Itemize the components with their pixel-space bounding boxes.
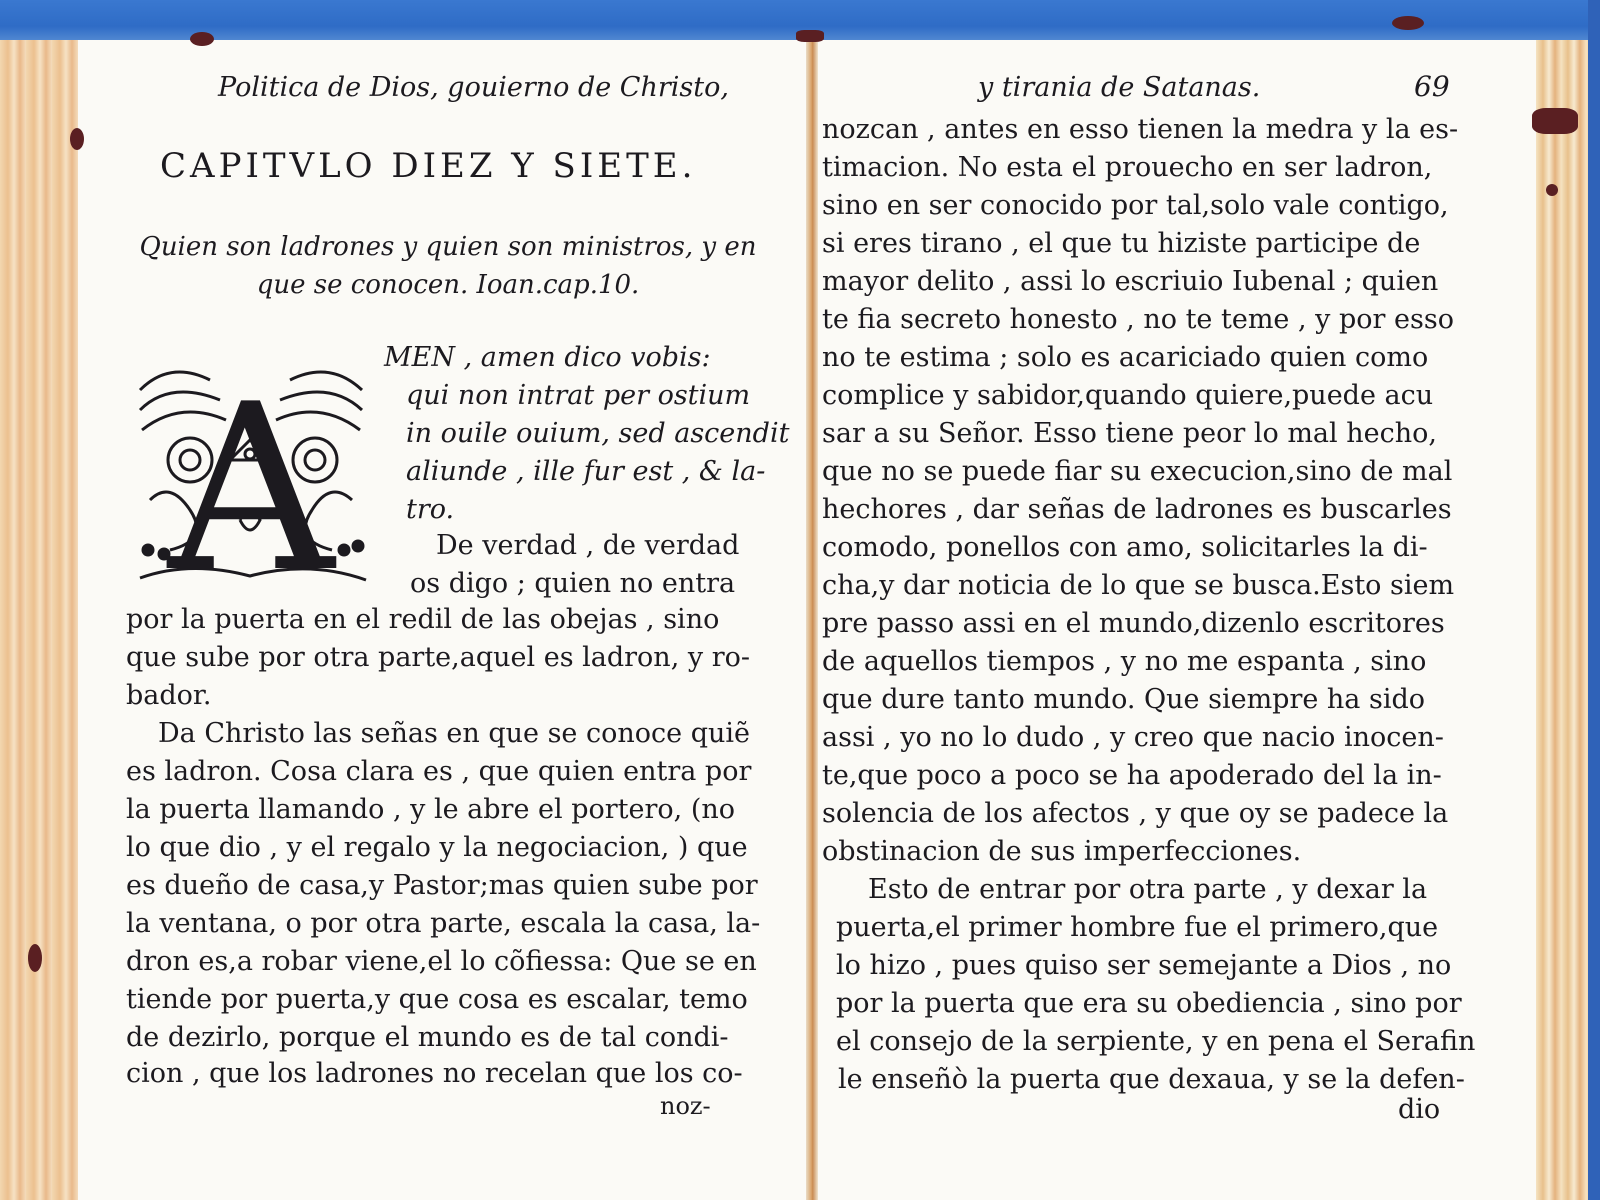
body-line: que dure tanto mundo. Que siempre ha sid… [822, 682, 1425, 718]
body-line: obstinacion de sus imperfecciones. [822, 834, 1301, 870]
body-line: de dezirlo, porque el mundo es de tal co… [126, 1020, 729, 1056]
body-line: si eres tirano , el que tu hiziste parti… [822, 226, 1420, 262]
left-running-head: Politica de Dios, gouierno de Christo, [218, 72, 729, 103]
ornament-icon: A [130, 350, 372, 590]
left-catchword: noz- [660, 1092, 711, 1120]
left-page-edge [0, 40, 78, 1200]
body-line: comodo, ponellos con amo, solicitarles l… [822, 530, 1428, 566]
body-line: que no se puede fiar su execucion,sino d… [822, 454, 1452, 490]
body-line: que sube por otra parte,aquel es ladron,… [126, 640, 750, 676]
body-line: os digo ; quien no entra [410, 566, 735, 602]
page-number: 69 [1414, 70, 1450, 103]
body-line: de aquellos tiempos , y no me espanta , … [822, 644, 1426, 680]
body-line: timacion. No esta el prouecho en ser lad… [822, 150, 1432, 186]
right-catchword: dio [1398, 1094, 1440, 1125]
right-backdrop-strip [1588, 0, 1600, 1200]
ink-stain [190, 32, 214, 46]
latin-line: tro. [406, 492, 454, 528]
body-line: dron es,a robar viene,el lo cõfiessa: Qu… [126, 944, 757, 980]
ink-stain [70, 128, 84, 150]
book-gutter [806, 40, 818, 1200]
ink-stain [1532, 108, 1578, 134]
svg-text:A: A [166, 356, 337, 590]
body-line: por la puerta en el redil de las obejas … [126, 602, 719, 638]
body-line: De verdad , de verdad [436, 528, 739, 564]
body-line: le enseñò la puerta que dexaua, y se la … [838, 1062, 1465, 1098]
body-line: lo hizo , pues quiso ser semejante a Dio… [836, 948, 1451, 984]
latin-line: aliunde , ille fur est , & la- [406, 454, 765, 490]
body-line: lo que dio , y el regalo y la negociacio… [126, 830, 748, 866]
body-line: el consejo de la serpiente, y en pena el… [836, 1024, 1475, 1060]
latin-line: qui non intrat per ostium [406, 378, 750, 414]
body-line: es dueño de casa,y Pastor;mas quien sube… [126, 868, 758, 904]
ink-stain [28, 944, 42, 972]
body-line: Da Christo las señas en que se conoce qu… [158, 716, 750, 752]
latin-line: MEN , amen dico vobis: [384, 340, 711, 376]
body-line: complice y sabidor,quando quiere,puede a… [822, 378, 1433, 414]
body-line: tiende por puerta,y que cosa es escalar,… [126, 982, 748, 1018]
ink-stain [1546, 184, 1558, 196]
body-line: nozcan , antes en esso tienen la medra y… [822, 112, 1458, 148]
chapter-title: CAPITVLO DIEZ Y SIETE. [160, 146, 696, 186]
body-line: es ladron. Cosa clara es , que quien ent… [126, 754, 751, 790]
ink-stain [796, 30, 824, 42]
ink-stain [1392, 16, 1424, 30]
body-line: solencia de los afectos , y que oy se pa… [822, 796, 1448, 832]
body-line: pre passo assi en el mundo,dizenlo escri… [822, 606, 1445, 642]
body-line: assi , yo no lo dudo , y creo que nacio … [822, 720, 1444, 756]
body-line: cha,y dar noticia de lo que se busca.Est… [822, 568, 1454, 604]
body-line: sar a su Señor. Esso tiene peor lo mal h… [822, 416, 1437, 452]
body-line: te,que poco a poco se ha apoderado del l… [822, 758, 1442, 794]
right-running-head: y tirania de Satanas. [978, 72, 1260, 103]
chapter-summary: Quien son ladrones y quien son ministros… [128, 228, 768, 304]
body-line: no te estima ; solo es acariciado quien … [822, 340, 1428, 376]
latin-line: in ouile ouium, sed ascendit [406, 416, 789, 452]
body-line: mayor delito , assi lo escriuio Iubenal … [822, 264, 1438, 300]
body-line: por la puerta que era su obediencia , si… [836, 986, 1462, 1022]
body-line: puerta,el primer hombre fue el primero,q… [836, 910, 1438, 946]
body-line: bador. [126, 678, 211, 714]
body-line: hechores , dar señas de ladrones es busc… [822, 492, 1452, 528]
body-line: sino en ser conocido por tal,solo vale c… [822, 188, 1449, 224]
body-line: Esto de entrar por otra parte , y dexar … [868, 872, 1427, 908]
body-line: la puerta llamando , y le abre el porter… [126, 792, 735, 828]
body-line: la ventana, o por otra parte, escala la … [126, 906, 760, 942]
body-line: te fia secreto honesto , no te teme , y … [822, 302, 1454, 338]
body-line: cion , que los ladrones no recelan que l… [126, 1056, 743, 1092]
decorated-initial-a: A [130, 350, 372, 590]
